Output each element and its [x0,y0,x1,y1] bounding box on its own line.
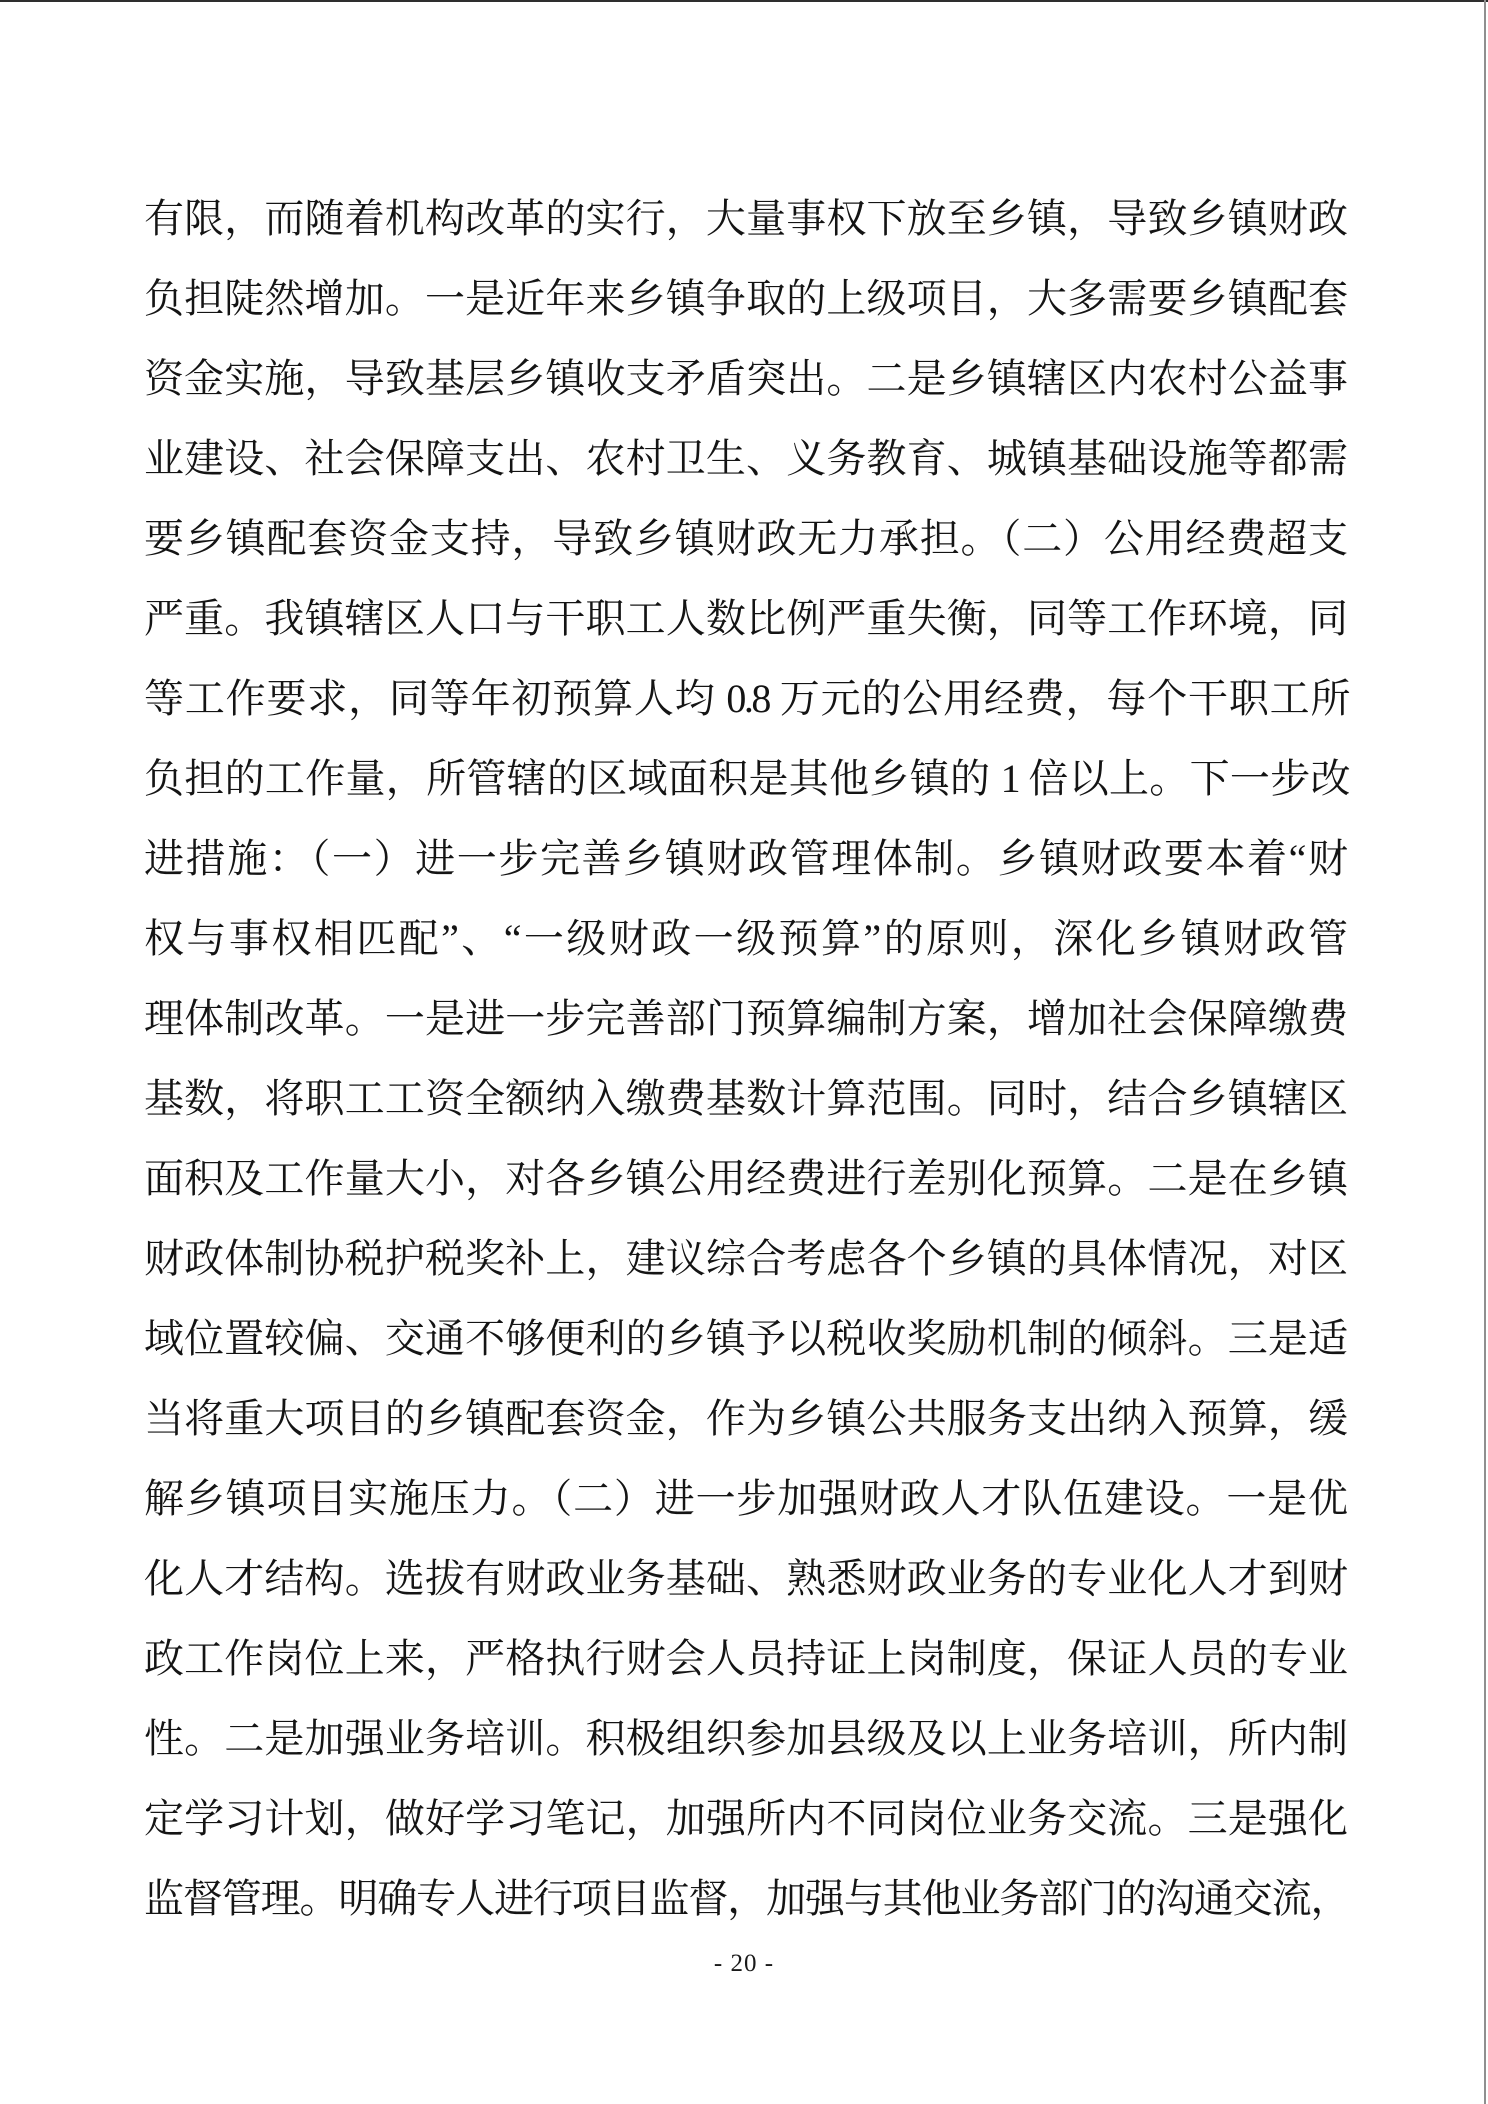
text-line: 资金实施，导致基层乡镇收支矛盾突出。二是乡镇辖区内农村公益事 [144,339,1348,419]
text-line: 有限，而随着机构改革的实行，大量事权下放至乡镇，导致乡镇财政 [144,179,1348,259]
text-line: 当将重大项目的乡镇配套资金，作为乡镇公共服务支出纳入预算，缓 [144,1379,1348,1459]
text-line: 政工作岗位上来，严格执行财会人员持证上岗制度，保证人员的专业 [144,1619,1348,1699]
text-line: 定学习计划，做好学习笔记，加强所内不同岗位业务交流。三是强化 [144,1779,1348,1859]
text-line: 性。二是加强业务培训。积极组织参加县级及以上业务培训，所内制 [144,1699,1348,1779]
document-page: 有限，而随着机构改革的实行，大量事权下放至乡镇，导致乡镇财政负担陡然增加。一是近… [0,0,1488,2104]
text-line: 负担的工作量，所管辖的区域面积是其他乡镇的 1 倍以上。下一步改 [144,739,1348,819]
text-line: 解乡镇项目实施压力。（二）进一步加强财政人才队伍建设。一是优 [144,1459,1348,1539]
text-line: 监督管理。明确专人进行项目监督，加强与其他业务部门的沟通交流， [144,1859,1348,1939]
text-line: 基数，将职工工资全额纳入缴费基数计算范围。同时，结合乡镇辖区 [144,1059,1348,1139]
page-number: - 20 - [0,1946,1488,1982]
text-line: 理体制改革。一是进一步完善部门预算编制方案，增加社会保障缴费 [144,979,1348,1059]
body-text: 有限，而随着机构改革的实行，大量事权下放至乡镇，导致乡镇财政负担陡然增加。一是近… [144,179,1348,1939]
text-line: 严重。我镇辖区人口与干职工人数比例严重失衡，同等工作环境，同 [144,579,1348,659]
text-line: 等工作要求，同等年初预算人均 0.8 万元的公用经费，每个干职工所 [144,659,1348,739]
text-line: 域位置较偏、交通不够便利的乡镇予以税收奖励机制的倾斜。三是适 [144,1299,1348,1379]
text-line: 负担陡然增加。一是近年来乡镇争取的上级项目，大多需要乡镇配套 [144,259,1348,339]
text-line: 要乡镇配套资金支持，导致乡镇财政无力承担。（二）公用经费超支 [144,499,1348,579]
text-line: 进措施：（一）进一步完善乡镇财政管理体制。乡镇财政要本着“财 [144,819,1348,899]
window-right-edge [1484,0,1486,2104]
text-line: 财政体制协税护税奖补上，建议综合考虑各个乡镇的具体情况，对区 [144,1219,1348,1299]
text-line: 化人才结构。选拔有财政业务基础、熟悉财政业务的专业化人才到财 [144,1539,1348,1619]
text-line: 面积及工作量大小，对各乡镇公用经费进行差别化预算。二是在乡镇 [144,1139,1348,1219]
text-line: 权与事权相匹配”、“一级财政一级预算”的原则，深化乡镇财政管 [144,899,1348,979]
text-line: 业建设、社会保障支出、农村卫生、义务教育、城镇基础设施等都需 [144,419,1348,499]
window-top-edge [0,0,1488,2]
